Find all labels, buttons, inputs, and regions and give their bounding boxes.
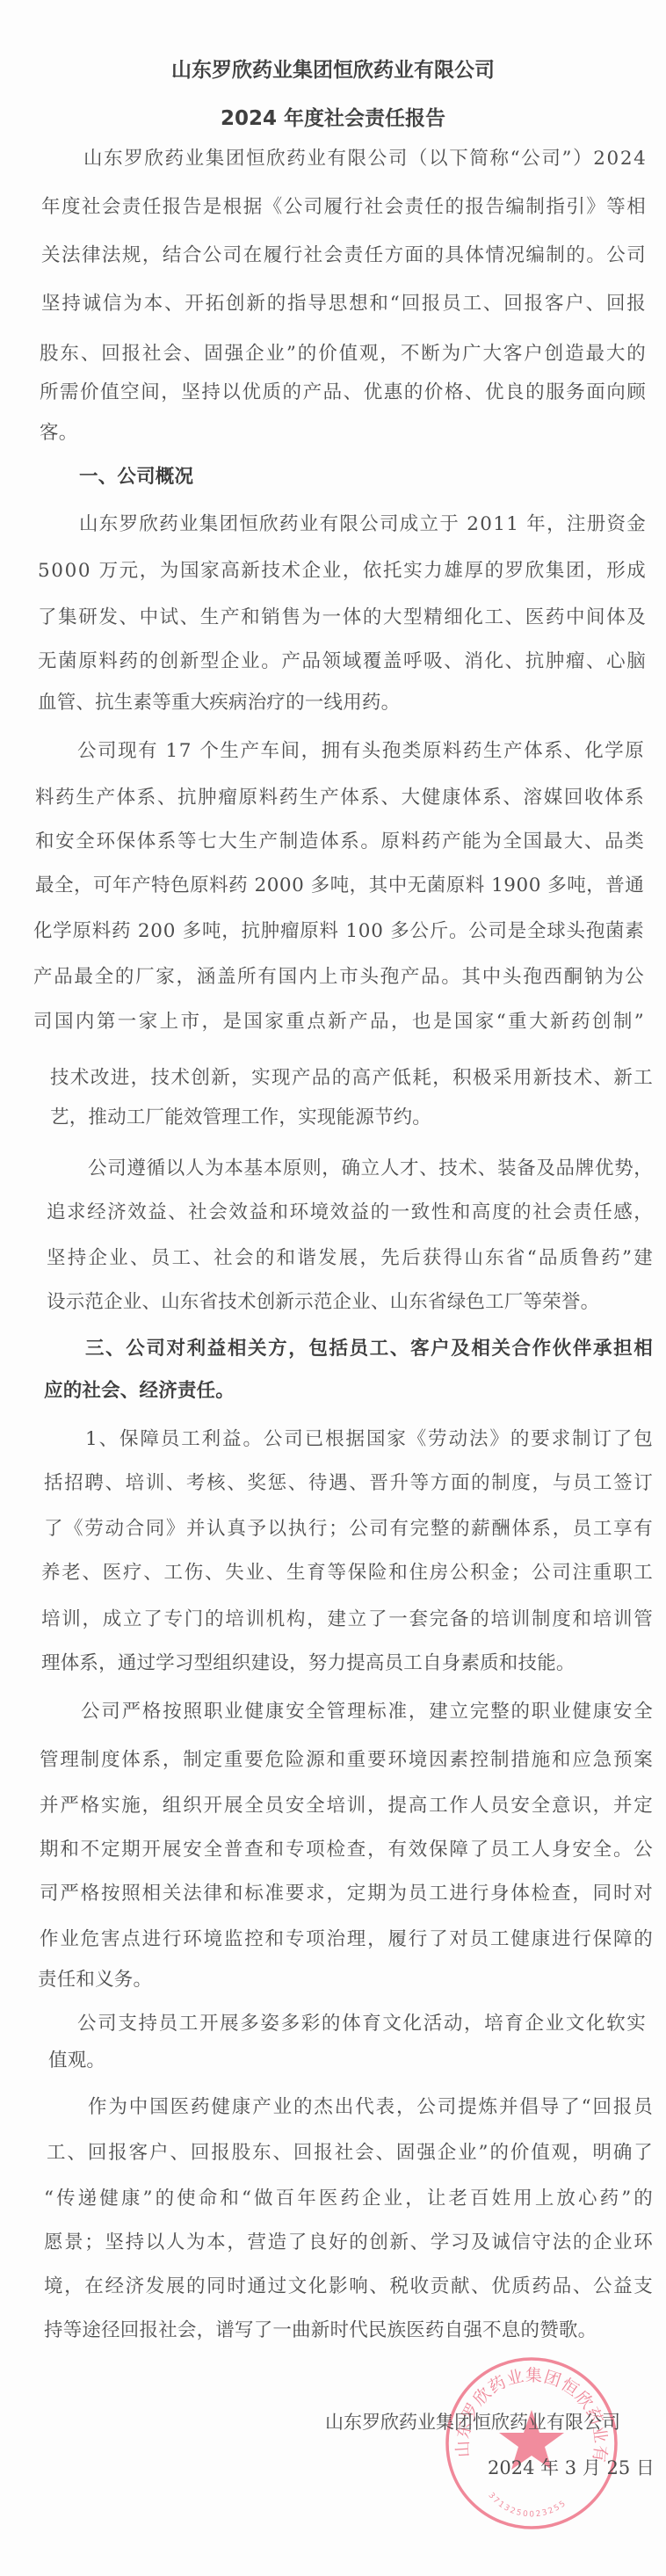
- body-text-line: 括招聘、培训、考核、奖惩、待遇、晋升等方面的制度，与员工签订: [44, 1470, 654, 1497]
- body-text-line: 关法律法规，结合公司在履行社会责任方面的具体情况编制的。公司: [41, 243, 647, 269]
- document-title-report: 2024 年度社会责任报告: [0, 105, 666, 132]
- body-text-line: 值观。: [48, 2048, 105, 2074]
- body-text-line: 作为中国医药健康产业的杰出代表，公司提炼并倡导了“回报员: [88, 2094, 655, 2121]
- body-text-line: 并严格实施，组织开展全员安全培训，提高工作人员安全意识，并定: [40, 1793, 655, 1819]
- body-text-line: 了《劳动合同》并认真予以执行；公司有完整的薪酬体系，员工享有: [44, 1516, 654, 1542]
- svg-text:3713250023255: 3713250023255: [486, 2492, 568, 2520]
- body-text-line: 作业危害点进行环境监控和专项治理，履行了对员工健康进行保障的: [40, 1927, 655, 1953]
- body-text-line: 管理制度体系，制定重要危险源和重要环境因素控制措施和应急预案: [40, 1747, 655, 1774]
- body-text-line: 期和不定期开展安全普查和专项检查，有效保障了员工人身安全。公: [40, 1837, 655, 1863]
- body-text-line: 5000 万元，为国家高新技术企业，依托实力雄厚的罗欣集团，形成: [38, 558, 647, 584]
- body-text-line: 设示范企业、山东省技术创新示范企业、山东省绿色工厂等荣誉。: [47, 1289, 599, 1316]
- body-text-line: 了集研发、中试、生产和销售为一体的大型精细化工、医药中间体及: [38, 605, 647, 631]
- body-text-line: 公司遵循以人为本基本原则，确立人才、技术、装备及品牌优势，: [88, 1156, 653, 1182]
- body-text-line: 年度社会责任报告是根据《公司履行社会责任的报告编制指引》等相: [41, 194, 647, 221]
- body-text-line: 最全，可年产特色原料药 2000 多吨，其中无菌原料 1900 多吨，普通: [35, 873, 644, 899]
- document-page: 山东罗欣药业集团恒欣药业有限公司 2024 年度社会责任报告 山东罗欣药业集团恒…: [0, 0, 666, 2576]
- body-text-line: 公司严格按照职业健康安全管理标准，建立完整的职业健康安全: [81, 1699, 655, 1725]
- body-text-line: 无菌原料药的创新型企业。产品领域覆盖呼吸、消化、抗肿瘤、心脑: [38, 649, 647, 675]
- body-text-line: 和安全环保体系等七大生产制造体系。原料药产能为全国最大、品类: [35, 829, 645, 855]
- body-text-line: 艺，推动工厂能效管理工作，实现能源节约。: [50, 1105, 431, 1131]
- body-text-line: 培训，成立了专门的培训机构，建立了一套完备的培训制度和培训管: [41, 1607, 655, 1633]
- body-text-line: “传递健康”的使命和“做百年医药企业，让老百姓用上放心药”的: [44, 2186, 655, 2212]
- body-text-line: 技术改进，技术创新，实现产品的高产低耗，积极采用新技术、新工: [50, 1065, 654, 1092]
- body-text-line: 追求经济效益、社会效益和环境效益的一致性和高度的社会责任感，: [47, 1200, 654, 1226]
- body-text-line: 理体系，通过学习型组织建设，努力提高员工自身素质和技能。: [41, 1651, 576, 1677]
- body-text-line: 料药生产体系、抗肿瘤原料药生产体系、大健康体系、溶媒回收体系: [35, 785, 645, 811]
- body-text-line: 公司支持员工开展多姿多彩的体育文化活动，培育企业文化软实: [77, 2011, 647, 2037]
- body-text-line: 司国内第一家上市，是国家重点新产品，也是国家“重大新药创制”: [33, 1009, 646, 1035]
- company-seal-stamp: 山东罗欣药业集团恒欣药业有限公司 3713250023255: [444, 2355, 619, 2531]
- body-text-line: 坚持企业、员工、社会的和谐发展，先后获得山东省“品质鲁药”建: [47, 1245, 655, 1272]
- body-text-line: 持等途径回报社会，谱写了一曲新时代民族医药自强不息的赞歌。: [44, 2318, 597, 2344]
- body-text-line: 1、保障员工利益。公司已根据国家《劳动法》的要求制订了包: [85, 1426, 655, 1453]
- section-heading-line: 一、公司概况: [79, 464, 193, 490]
- body-text-line: 责任和义务。: [38, 1967, 152, 1993]
- body-text-line: 产品最全的厂家，涵盖所有国内上市头孢产品。其中头孢西酮钠为公: [33, 964, 646, 990]
- body-text-line: 坚持诚信为本、开拓创新的指导思想和“回报员工、回报客户、回报: [41, 291, 648, 317]
- body-text-line: 司严格按照相关法律和标准要求，定期为员工进行身体检查，同时对: [40, 1881, 655, 1907]
- body-text-line: 愿景；坚持以人为本，营造了良好的创新、学习及诚信守法的企业环: [44, 2230, 654, 2256]
- body-text-line: 股东、回报社会、固强企业”的价值观，不断为广大客户创造最大的: [40, 341, 648, 367]
- body-text-line: 公司现有 17 个生产车间，拥有头孢类原料药生产体系、化学原: [77, 738, 645, 765]
- body-text-line: 工、回报客户、回报股东、回报社会、固强企业”的价值观，明确了: [47, 2140, 655, 2166]
- section-heading-line: 应的社会、经济责任。: [44, 1378, 235, 1404]
- body-text-line: 客。: [40, 420, 77, 446]
- document-title-company: 山东罗欣药业集团恒欣药业有限公司: [0, 57, 666, 83]
- body-text-line: 山东罗欣药业集团恒欣药业有限公司（以下简称“公司”）2024: [83, 146, 647, 172]
- body-text-line: 所需价值空间，坚持以优质的产品、优惠的价格、优良的服务面向顾: [40, 380, 647, 406]
- body-text-line: 化学原料药 200 多吨，抗肿瘤原料 100 多公斤。公司是全球头孢菌素: [33, 918, 645, 945]
- body-text-line: 境，在经济发展的同时通过文化影响、税收贡献、优质药品、公益支: [44, 2274, 654, 2300]
- body-text-line: 血管、抗生素等重大疾病治疗的一线用药。: [38, 690, 400, 716]
- section-heading-line: 三、公司对利益相关方，包括员工、客户及相关合作伙伴承担相: [85, 1336, 654, 1362]
- body-text-line: 山东罗欣药业集团恒欣药业有限公司成立于 2011 年，注册资金: [79, 512, 647, 538]
- signature-date: 2024 年 3 月 25 日: [488, 2455, 655, 2481]
- signature-company: 山东罗欣药业集团恒欣药业有限公司: [325, 2409, 620, 2435]
- body-text-line: 养老、医疗、工伤、失业、生育等保险和住房公积金；公司注重职工: [41, 1560, 655, 1586]
